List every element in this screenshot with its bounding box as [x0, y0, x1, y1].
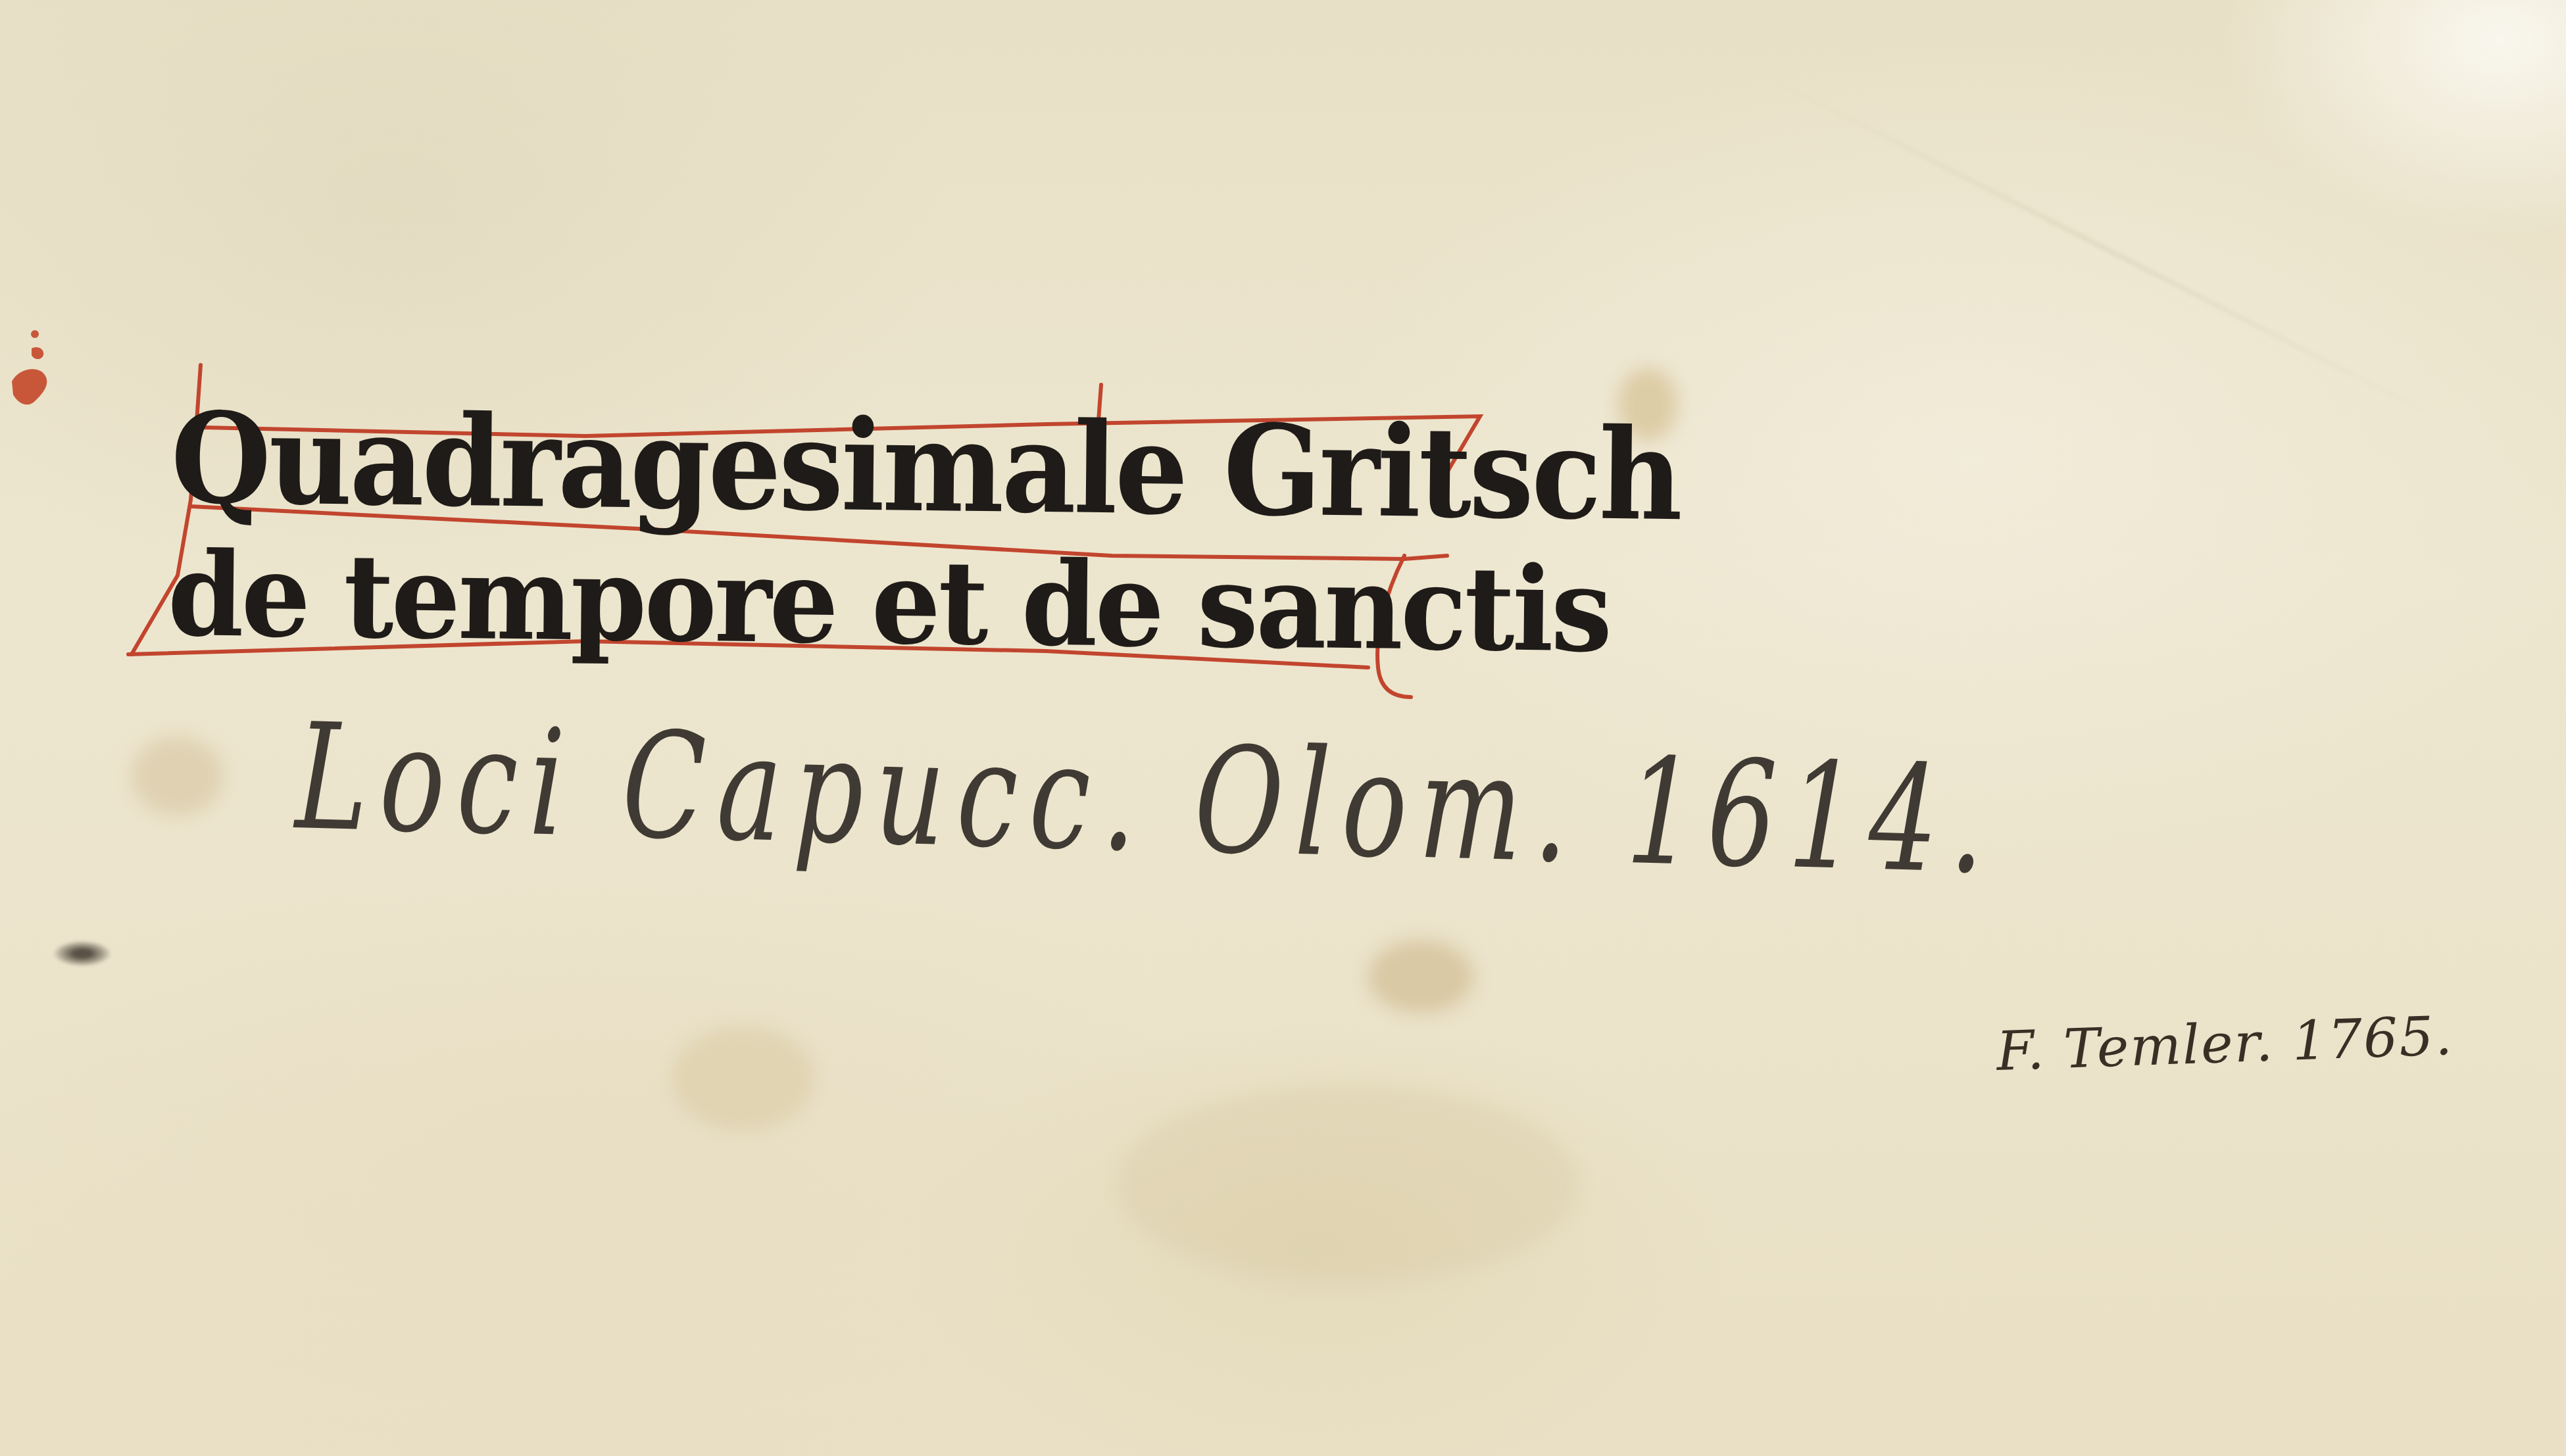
foxing-stain — [132, 737, 224, 815]
foxing-stain — [1368, 940, 1473, 1013]
printed-title-line-1: Quadragesimale Gritsch — [170, 385, 1681, 548]
foxing-stain — [1118, 1085, 1579, 1282]
foxing-stain — [671, 1026, 816, 1131]
printed-title-line-2: de tempore et de sanctis — [167, 526, 1611, 678]
red-ink-splash — [5, 329, 58, 447]
ink-smudge — [53, 940, 112, 967]
paper-crease — [1775, 79, 2451, 425]
